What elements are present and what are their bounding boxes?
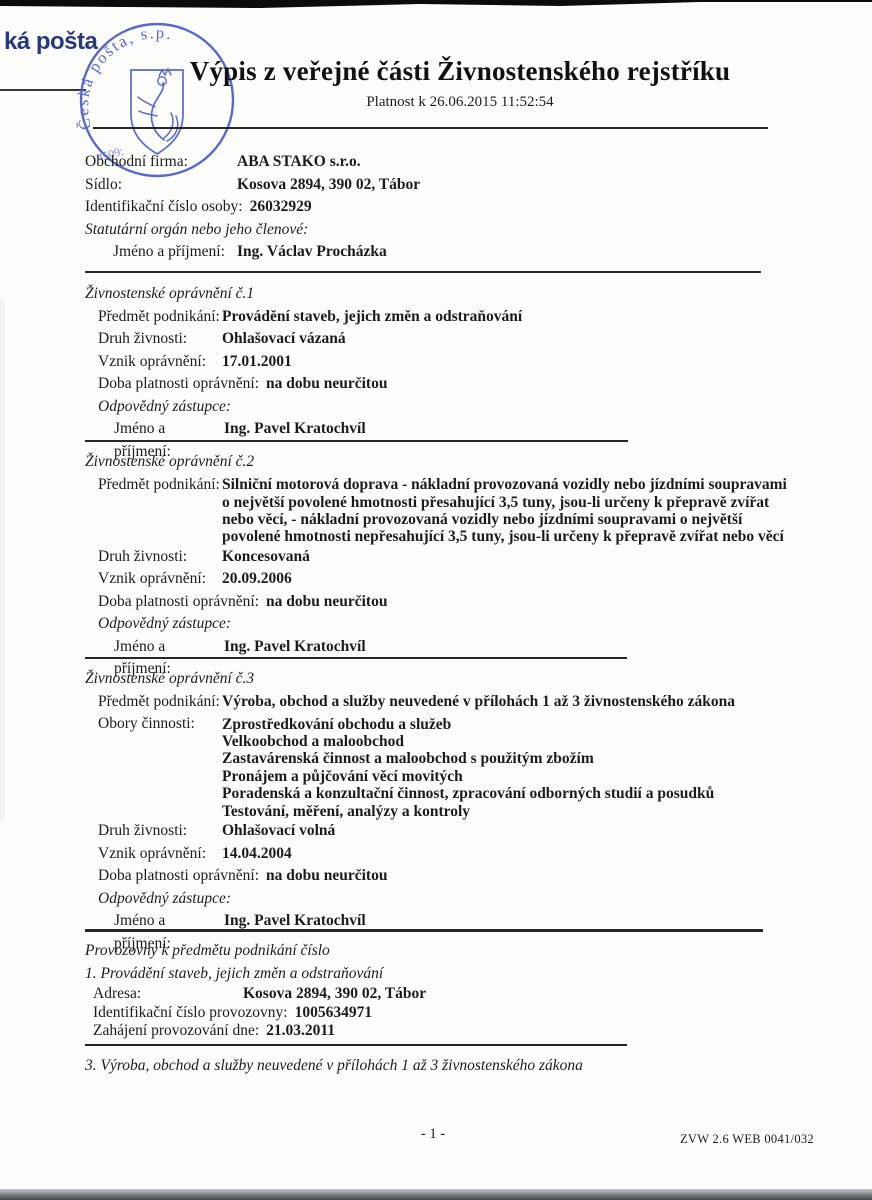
type-value: Koncesovaná [222, 546, 310, 569]
license-type-row: Druh živnosti: Ohlašovací volná [98, 820, 795, 843]
license-validity-row: Doba platnosti oprávnění: na dobu neurči… [98, 865, 795, 888]
license-subject-row: Předmět podnikání: Silniční motorová dop… [98, 474, 795, 546]
type-value: Ohlašovací vázaná [222, 328, 346, 351]
separator-line [85, 1044, 627, 1046]
license-section-2: Živnostenské oprávnění č.2 Předmět podni… [85, 451, 795, 681]
deputy-heading: Odpovědný zástupce: [98, 396, 795, 419]
subject-label: Předmět podnikání: [98, 691, 222, 714]
type-label: Druh živnosti: [98, 328, 222, 351]
license-type-row: Druh živnosti: Ohlašovací vázaná [98, 328, 795, 351]
premises-item3-heading: 3. Výroba, obchod a služby neuvedené v p… [85, 1057, 583, 1075]
origin-label: Vznik oprávnění: [98, 843, 222, 866]
license-heading: Živnostenské oprávnění č.3 [85, 668, 795, 691]
license-activities-row: Obory činnosti: Zprostředkování obchodu … [98, 713, 795, 820]
subject-label: Předmět podnikání: [98, 474, 222, 497]
person-name-value: Ing. Pavel Kratochvíl [224, 418, 366, 441]
premises-item1-heading: 1. Provádění staveb, jejich změn a odstr… [85, 963, 795, 986]
validity-value: na dobu neurčitou [266, 373, 387, 396]
company-section: Obchodní firma: ABA STAKO s.r.o. Sídlo: … [85, 151, 795, 264]
company-id-row: Identifikační číslo osoby: 26032929 [85, 196, 795, 219]
scan-smudge [0, 300, 5, 820]
type-label: Druh živnosti: [98, 820, 222, 843]
premises-start-row: Zahájení provozování dne: 21.03.2011 [93, 1022, 795, 1041]
validity-label: Doba platnosti oprávnění: [98, 865, 259, 888]
license-origin-row: Vznik oprávnění: 17.01.2001 [98, 351, 795, 374]
page-number: - 1 - [405, 1126, 461, 1143]
subject-value: Provádění staveb, jejich změn a odstraňo… [222, 308, 522, 325]
company-id-label: Identifikační číslo osoby: [85, 196, 243, 219]
company-name-label: Obchodní firma: [85, 151, 237, 174]
license-type-row: Druh živnosti: Koncesovaná [98, 546, 795, 569]
scanned-document-page: ká pošta Česká pošta, s.p. 4509: [0, 0, 872, 1200]
start-date-label: Zahájení provozování dne: [93, 1022, 259, 1041]
license-subject-row: Předmět podnikání: Provádění staveb, jej… [98, 306, 795, 329]
type-value: Ohlašovací volná [222, 820, 335, 843]
license-origin-row: Vznik oprávnění: 20.09.2006 [98, 568, 795, 591]
license-origin-row: Vznik oprávnění: 14.04.2004 [98, 843, 795, 866]
license-section-1: Živnostenské oprávnění č.1 Předmět podni… [85, 283, 795, 463]
premises-section: Provozovny k předmětu podnikání číslo 1.… [85, 940, 795, 1041]
license-heading: Živnostenské oprávnění č.1 [85, 283, 795, 306]
person-name-value: Ing. Pavel Kratochvíl [224, 910, 366, 933]
validity-label: Doba platnosti oprávnění: [98, 373, 259, 396]
activities-label: Obory činnosti: [98, 713, 222, 736]
origin-value: 14.04.2004 [222, 843, 292, 866]
scan-edge-top [0, 0, 872, 10]
premise-id-label: Identifikační číslo provozovny: [93, 1004, 288, 1023]
origin-label: Vznik oprávnění: [98, 568, 222, 591]
license-heading: Živnostenské oprávnění č.2 [85, 451, 795, 474]
person-name-value: Ing. Pavel Kratochvíl [224, 636, 366, 659]
document-title: Výpis z veřejné části Živnostenského rej… [120, 56, 800, 87]
subject-label: Předmět podnikání: [98, 306, 222, 329]
scan-edge-bottom [0, 1189, 872, 1200]
address-value: Kosova 2894, 390 02, Tábor [243, 985, 426, 1004]
person-name-label: Jméno a příjmení: [113, 241, 237, 264]
premises-heading: Provozovny k předmětu podnikání číslo [85, 940, 795, 963]
start-date-value: 21.03.2011 [266, 1022, 335, 1041]
license-validity-row: Doba platnosti oprávnění: na dobu neurči… [98, 591, 795, 614]
company-seat-row: Sídlo: Kosova 2894, 390 02, Tábor [85, 174, 795, 197]
premises-id-row: Identifikační číslo provozovny: 10056349… [93, 1004, 795, 1023]
company-name-row: Obchodní firma: ABA STAKO s.r.o. [85, 151, 795, 174]
deputy-heading: Odpovědný zástupce: [98, 888, 795, 911]
origin-label: Vznik oprávnění: [98, 351, 222, 374]
letterhead-line [0, 89, 86, 91]
deputy-heading: Odpovědný zástupce: [98, 613, 795, 636]
statutory-person-row: Jméno a příjmení: Ing. Václav Procházka [113, 241, 795, 264]
address-label: Adresa: [93, 985, 243, 1004]
type-label: Druh živnosti: [98, 546, 222, 569]
company-name-value: ABA STAKO s.r.o. [237, 151, 361, 174]
activities-value: Zprostředkování obchodu a služeb Velkoob… [222, 716, 714, 820]
origin-value: 17.01.2001 [222, 351, 292, 374]
validity-value: na dobu neurčitou [266, 591, 387, 614]
premise-id-value: 1005634971 [295, 1004, 373, 1023]
validity-timestamp: Platnost k 26.06.2015 11:52:54 [120, 94, 800, 111]
company-seat-label: Sídlo: [85, 174, 237, 197]
validity-value: na dobu neurčitou [266, 865, 387, 888]
company-id-value: 26032929 [250, 196, 312, 219]
form-code: ZVW 2.6 WEB 0041/032 [680, 1132, 814, 1147]
subject-value: Výroba, obchod a služby neuvedené v příl… [222, 693, 735, 710]
license-validity-row: Doba platnosti oprávnění: na dobu neurči… [98, 373, 795, 396]
origin-value: 20.09.2006 [222, 568, 292, 591]
validity-label: Doba platnosti oprávnění: [98, 591, 259, 614]
separator-line [93, 127, 768, 129]
company-seat-value: Kosova 2894, 390 02, Tábor [237, 174, 420, 197]
statutory-body-heading: Statutární orgán nebo jeho členové: [85, 219, 795, 242]
license-section-3: Živnostenské oprávnění č.3 Předmět podni… [85, 668, 795, 955]
person-name-value: Ing. Václav Procházka [237, 241, 387, 264]
premises-address-row: Adresa: Kosova 2894, 390 02, Tábor [93, 985, 795, 1004]
subject-value: Silniční motorová doprava - nákladní pro… [222, 476, 787, 546]
license-subject-row: Předmět podnikání: Výroba, obchod a služ… [98, 691, 795, 714]
separator-line [85, 271, 761, 273]
